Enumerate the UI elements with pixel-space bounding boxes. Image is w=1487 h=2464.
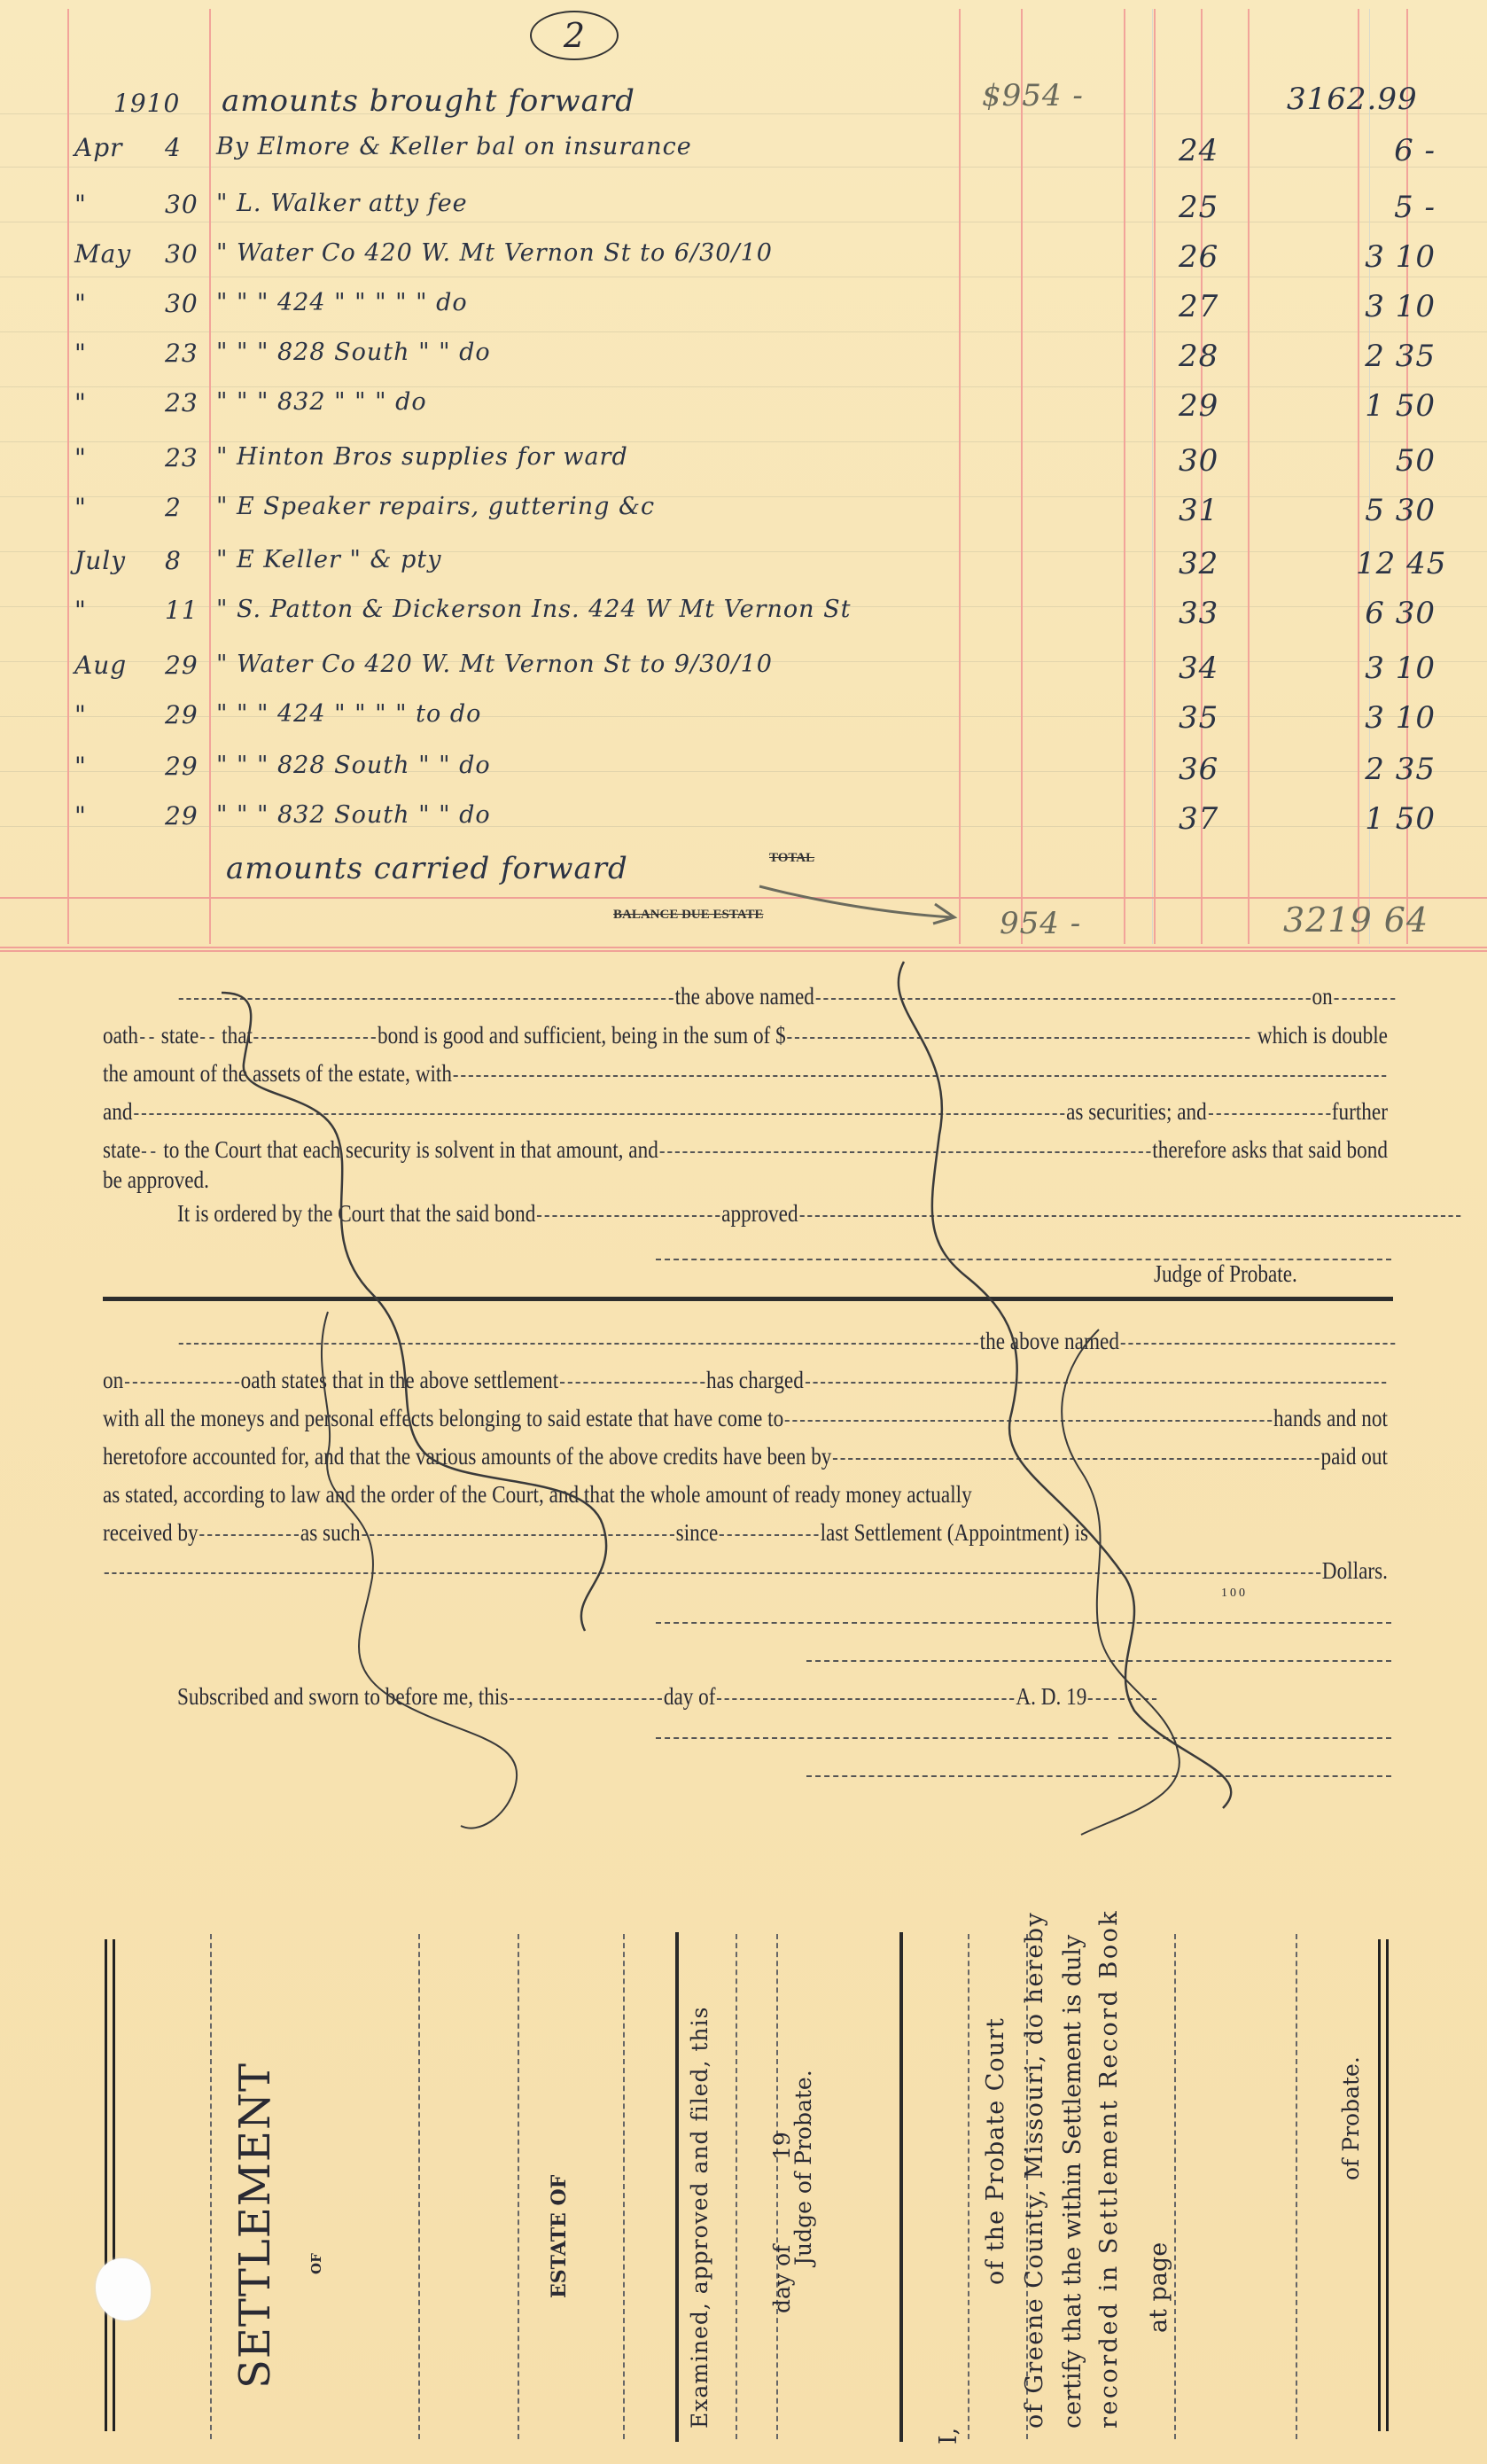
cents-label: 100 — [1221, 1587, 1248, 1601]
entry-month: " — [74, 700, 87, 729]
entry-voucher-number: 24 — [1179, 133, 1218, 168]
entry-month: " — [74, 388, 87, 417]
entry-voucher-number: 36 — [1179, 752, 1218, 787]
at-page-label: at page — [1145, 2242, 1172, 2333]
entry-month: Aug — [74, 651, 127, 680]
entry-amount: 5 30 — [1356, 493, 1436, 528]
entry-day: 30 — [165, 289, 199, 318]
entry-description: " Water Co 420 W. Mt Vernon St to 9/30/1… — [216, 651, 773, 678]
securities-field[interactable] — [134, 1113, 1064, 1115]
blank-field[interactable] — [454, 1075, 1387, 1077]
blank-field[interactable] — [833, 1458, 1320, 1460]
examined-label: Examined, approved and filed, this — [687, 2007, 712, 2429]
notary-title-line[interactable] — [1118, 1737, 1391, 1739]
judge-of-probate-back: Judge of Probate. — [790, 2070, 816, 2265]
affiant-signature-line-1[interactable] — [656, 1622, 1391, 1624]
blank-field[interactable] — [179, 998, 673, 1000]
entry-month: " — [74, 190, 87, 219]
entry-amount: 12 45 — [1356, 546, 1436, 581]
entry-description: " " " 832 " " " do — [216, 388, 427, 416]
entry-day: 23 — [165, 388, 199, 417]
month-field[interactable] — [717, 1698, 1014, 1700]
carried-forward-col2: 3219 64 — [1283, 901, 1429, 940]
bond-line-3: the amount of the assets of the estate, … — [103, 1059, 1388, 1088]
ledger-year: 1910 — [113, 89, 180, 118]
bond-line-2: oath state that bond is good and suffici… — [103, 1021, 1388, 1049]
blank-field[interactable] — [179, 1343, 978, 1345]
affidavit-line-2: on oath states that in the above settlem… — [103, 1366, 1388, 1394]
affiant-signature-line-2[interactable] — [806, 1660, 1391, 1662]
entry-amount: 2 35 — [1356, 339, 1436, 374]
entry-description: " " " 828 South " " do — [216, 339, 491, 366]
bond-line-1: the above named on — [177, 982, 1397, 1010]
bond-sum-field[interactable] — [787, 1037, 1250, 1039]
back-panel: SETTLEMENT OF ESTATE OF Examined, approv… — [0, 1914, 1487, 2464]
entry-description: " Water Co 420 W. Mt Vernon St to 6/30/1… — [216, 239, 773, 267]
entry-month: July — [74, 546, 126, 575]
entry-month: " — [74, 493, 87, 522]
blank-field[interactable] — [362, 1534, 674, 1536]
affidavit-line-1: the above named — [177, 1327, 1397, 1355]
entry-description: " E Speaker repairs, guttering &c — [216, 493, 655, 520]
page-number-circle: 2 — [530, 11, 619, 60]
bond-line-5: state to the Court that each security is… — [103, 1135, 1388, 1164]
affidavit-line-8: Subscribed and sworn to before me, this … — [177, 1682, 1198, 1711]
affidavit-line-7: Dollars. — [103, 1556, 1388, 1585]
entry-day: 30 — [165, 190, 199, 219]
blank-field[interactable] — [199, 1534, 299, 1536]
cert-recorded-label: recorded in Settlement Record Book — [1095, 1909, 1123, 2429]
entry-description: " Hinton Bros supplies for ward — [216, 443, 628, 471]
bond-line-7: It is ordered by the Court that the said… — [177, 1199, 1462, 1228]
brought-forward-col1: $954 - — [982, 78, 1084, 113]
cert-county-label: of Greene County, Missouri, do hereby — [1021, 1912, 1048, 2429]
blank-field[interactable] — [785, 1420, 1272, 1422]
entry-amount: 3 10 — [1356, 700, 1436, 736]
entry-description: By Elmore & Keller bal on insurance — [216, 133, 692, 160]
entry-month: " — [74, 801, 87, 830]
brought-forward-col2: 3162.99 — [1287, 82, 1418, 117]
entry-voucher-number: 33 — [1179, 596, 1218, 631]
entry-day: 29 — [165, 752, 199, 781]
of-probate-label: of Probate. — [1338, 2056, 1364, 2180]
section-divider — [103, 1297, 1393, 1301]
day-field[interactable] — [510, 1698, 662, 1700]
entry-day: 2 — [165, 493, 182, 522]
entry-amount: 6 30 — [1356, 596, 1436, 631]
entry-amount: 3 10 — [1356, 289, 1436, 324]
entry-voucher-number: 28 — [1179, 339, 1218, 374]
entry-amount: 1 50 — [1356, 388, 1436, 424]
blank-field[interactable] — [720, 1534, 819, 1536]
entry-month: " — [74, 596, 87, 625]
affidavit-line-4: heretofore accounted for, and that the v… — [103, 1442, 1388, 1470]
entry-month: " — [74, 289, 87, 318]
page-number: 2 — [564, 16, 585, 55]
blank-field[interactable] — [140, 1037, 153, 1039]
carried-forward-label: amounts carried forward — [226, 851, 628, 886]
blank-field[interactable] — [560, 1382, 705, 1384]
entry-description: " " " 832 South " " do — [216, 801, 491, 829]
blank-field[interactable] — [816, 998, 1311, 1000]
printed-total-struck: TOTAL — [769, 851, 814, 866]
entry-day: 29 — [165, 651, 199, 680]
notary-signature-line[interactable] — [656, 1737, 1108, 1739]
blank-field[interactable] — [1334, 998, 1395, 1000]
blank-field[interactable] — [1121, 1343, 1396, 1345]
entry-month: " — [74, 752, 87, 781]
blank-field[interactable] — [799, 1215, 1460, 1217]
entry-voucher-number: 30 — [1179, 443, 1218, 479]
entry-day: 8 — [165, 546, 182, 575]
entry-amount: 3 10 — [1356, 651, 1436, 686]
judge-of-probate-label: Judge of Probate. — [1154, 1260, 1297, 1288]
affidavit-line-6: received by as such since last Settlemen… — [103, 1518, 1388, 1547]
entry-month: Apr — [74, 133, 123, 162]
affidavit-line-5: as stated, according to law and the orde… — [103, 1480, 1388, 1509]
entry-voucher-number: 27 — [1179, 289, 1218, 324]
entry-day: 29 — [165, 801, 199, 830]
punch-hole — [96, 2258, 151, 2320]
printed-balance-struck: BALANCE DUE ESTATE — [613, 908, 763, 923]
bond-line-6: be approved. — [103, 1166, 1388, 1194]
carried-forward-col1: 954 - — [1000, 906, 1081, 941]
blank-field[interactable] — [125, 1382, 239, 1384]
entry-amount: 6 - — [1356, 133, 1436, 168]
cert-court-label: of the Probate Court — [982, 2017, 1009, 2285]
entry-description: " " " 828 South " " do — [216, 752, 491, 779]
entry-description: " L. Walker atty fee — [216, 190, 468, 217]
entry-day: 29 — [165, 700, 199, 729]
dollars-field[interactable] — [105, 1572, 1320, 1574]
entry-voucher-number: 35 — [1179, 700, 1218, 736]
entry-voucher-number: 32 — [1179, 546, 1218, 581]
entry-description: " " " 424 " " " " " do — [216, 289, 468, 316]
entry-amount: 5 - — [1356, 190, 1436, 225]
blank-field[interactable] — [254, 1037, 377, 1039]
entry-voucher-number: 25 — [1179, 190, 1218, 225]
back-title: SETTLEMENT — [230, 2062, 280, 2389]
blank-field[interactable] — [200, 1037, 214, 1039]
entry-voucher-number: 34 — [1179, 651, 1218, 686]
entry-month: May — [74, 239, 131, 269]
entry-description: " S. Patton & Dickerson Ins. 424 W Mt Ve… — [216, 596, 852, 623]
cert-i-label: I, — [935, 2428, 962, 2445]
entry-day: 23 — [165, 443, 199, 472]
back-of-label: OF — [308, 2253, 324, 2274]
entry-amount: 2 35 — [1356, 752, 1436, 787]
entry-day: 11 — [165, 596, 199, 625]
entry-amount: 1 50 — [1356, 801, 1436, 837]
entry-voucher-number: 31 — [1179, 493, 1218, 528]
blank-field[interactable] — [660, 1151, 1151, 1153]
entry-amount: 3 10 — [1356, 239, 1436, 275]
ledger-section: 2 1910 amounts brought forward $954 - 31… — [0, 0, 1487, 944]
entry-month: " — [74, 339, 87, 368]
year-field[interactable] — [1088, 1698, 1156, 1700]
affidavit-line-3: with all the moneys and personal effects… — [103, 1404, 1388, 1432]
entry-month: " — [74, 443, 87, 472]
brought-forward-label: amounts brought forward — [222, 83, 635, 119]
entry-description: " E Keller " & pty — [216, 546, 441, 573]
entry-description: " " " 424 " " " " to do — [216, 700, 481, 728]
arrow-icon — [758, 877, 970, 931]
blank-field[interactable] — [142, 1151, 155, 1153]
entry-day: 4 — [165, 133, 182, 162]
cert-certify-label: certify that the within Settlement is du… — [1059, 1935, 1086, 2429]
entry-voucher-number: 26 — [1179, 239, 1218, 275]
bond-line-4: and as securities; and further — [103, 1097, 1388, 1126]
entry-amount: 50 — [1356, 443, 1436, 479]
entry-day: 30 — [165, 239, 199, 269]
blank-field[interactable] — [1208, 1113, 1330, 1115]
blank-field[interactable] — [537, 1215, 720, 1217]
entry-voucher-number: 37 — [1179, 801, 1218, 837]
estate-of-label: ESTATE OF — [548, 2175, 571, 2298]
blank-field[interactable] — [806, 1382, 1387, 1384]
entry-voucher-number: 29 — [1179, 388, 1218, 424]
entry-day: 23 — [165, 339, 199, 368]
notary-signature-line-2[interactable] — [806, 1775, 1391, 1777]
